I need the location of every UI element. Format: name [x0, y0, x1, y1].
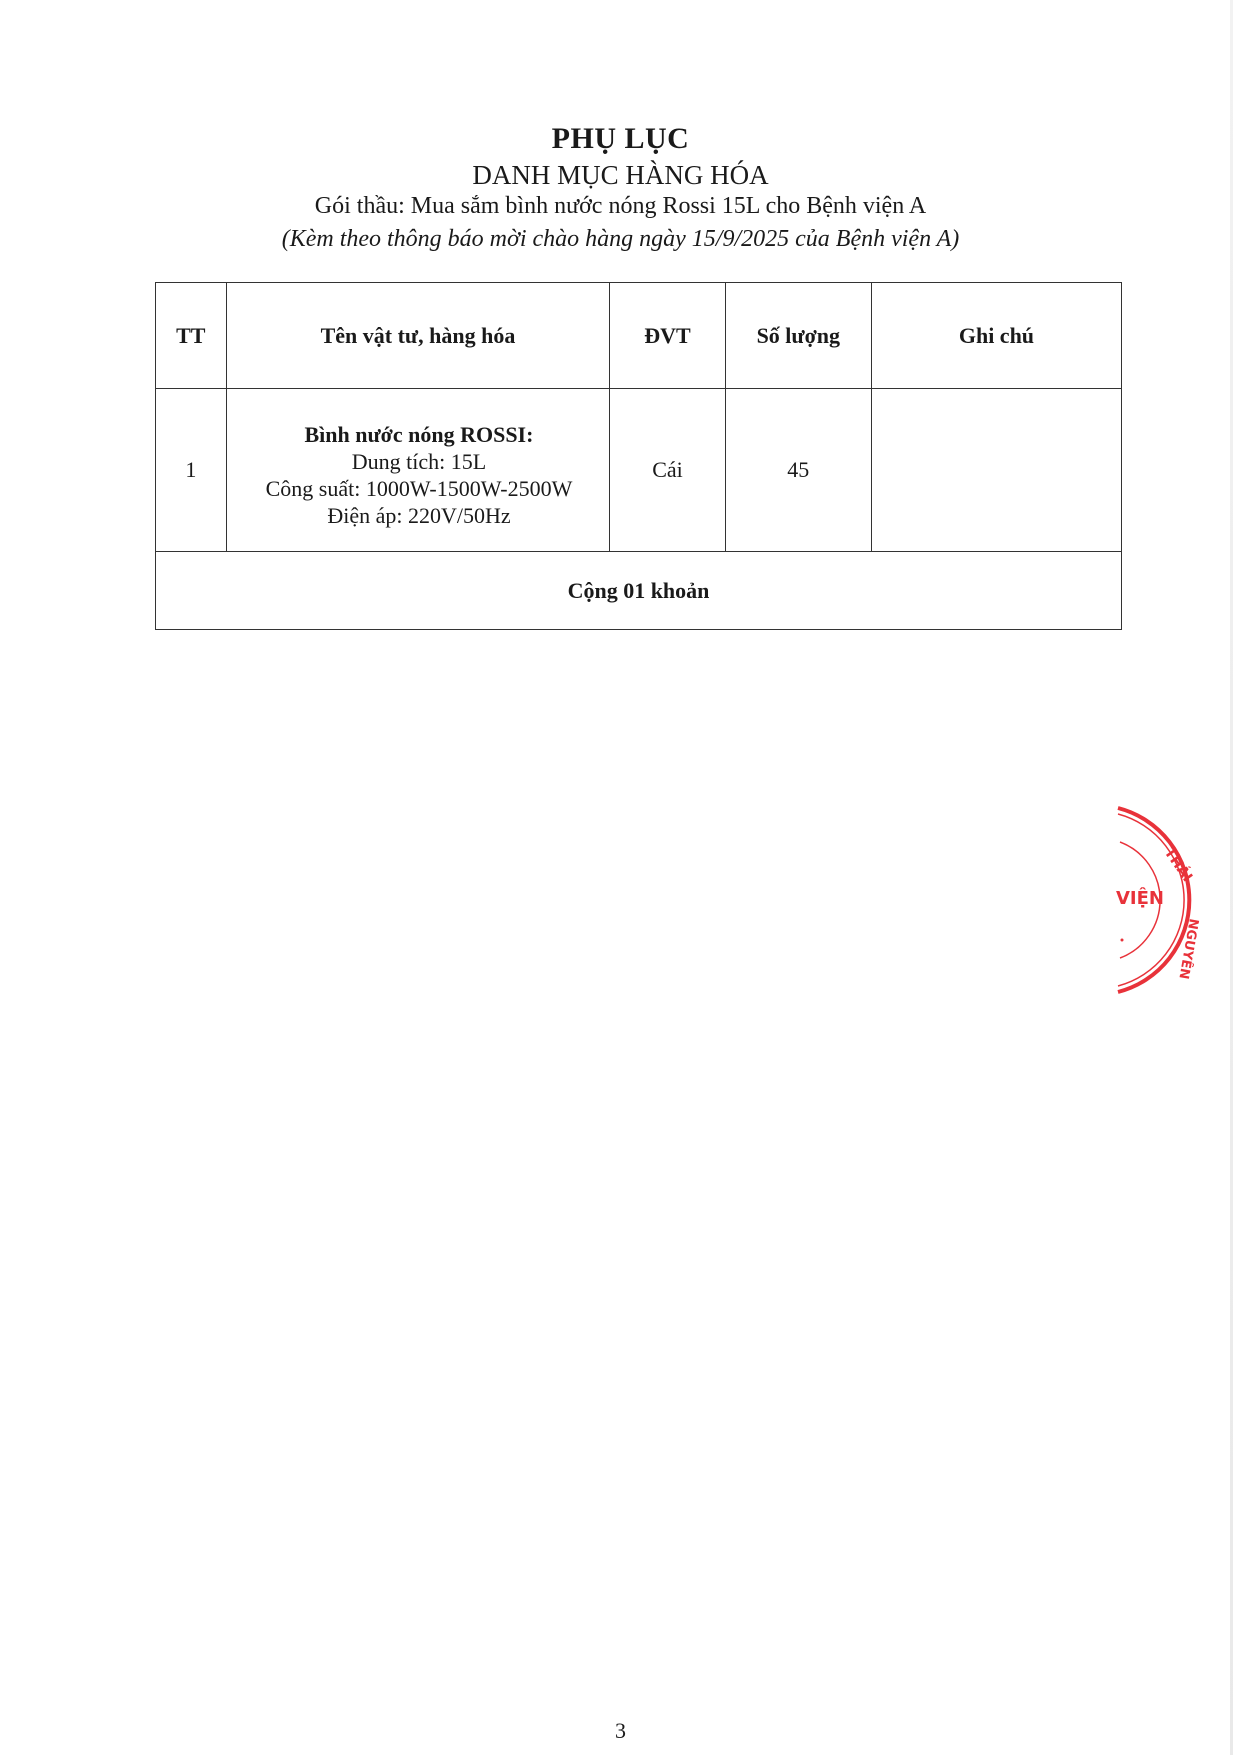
header-unit: ĐVT [610, 283, 725, 389]
svg-text:THÁI: THÁI [1161, 845, 1196, 885]
header-note: Ghi chú [871, 283, 1121, 389]
header-tt: TT [156, 283, 227, 389]
item-spec-capacity: Dung tích: 15L [239, 448, 600, 475]
table-header-row: TT Tên vật tư, hàng hóa ĐVT Số lượng Ghi… [156, 283, 1122, 389]
bid-package: Gói thầu: Mua sắm bình nước nóng Rossi 1… [0, 193, 1241, 220]
cell-tt: 1 [156, 389, 227, 552]
cell-note [871, 389, 1121, 552]
header-quantity: Số lượng [725, 283, 871, 389]
cell-unit: Cái [610, 389, 725, 552]
attached-note: (Kèm theo thông báo mời chào hàng ngày 1… [0, 226, 1241, 253]
page-edge [1230, 0, 1233, 1755]
red-seal-stamp: THÁI VIỆN NGUYÊN [1108, 800, 1218, 1000]
cell-quantity: 45 [725, 389, 871, 552]
document-subtitle: DANH MỤC HÀNG HÓA [0, 160, 1241, 191]
svg-text:VIỆN: VIỆN [1116, 887, 1164, 909]
page-number: 3 [0, 1718, 1241, 1744]
total-label: Cộng 01 khoản [156, 552, 1122, 630]
total-row: Cộng 01 khoản [156, 552, 1122, 630]
table-row: 1 Bình nước nóng ROSSI: Dung tích: 15L C… [156, 389, 1122, 552]
cell-name: Bình nước nóng ROSSI: Dung tích: 15L Côn… [226, 389, 610, 552]
item-spec-voltage: Điện áp: 220V/50Hz [239, 502, 600, 529]
header-name: Tên vật tư, hàng hóa [226, 283, 610, 389]
item-spec-power: Công suất: 1000W-1500W-2500W [239, 475, 600, 502]
item-title: Bình nước nóng ROSSI: [239, 421, 600, 448]
document-title: PHỤ LỤC [0, 122, 1241, 156]
goods-table: TT Tên vật tư, hàng hóa ĐVT Số lượng Ghi… [155, 282, 1122, 630]
